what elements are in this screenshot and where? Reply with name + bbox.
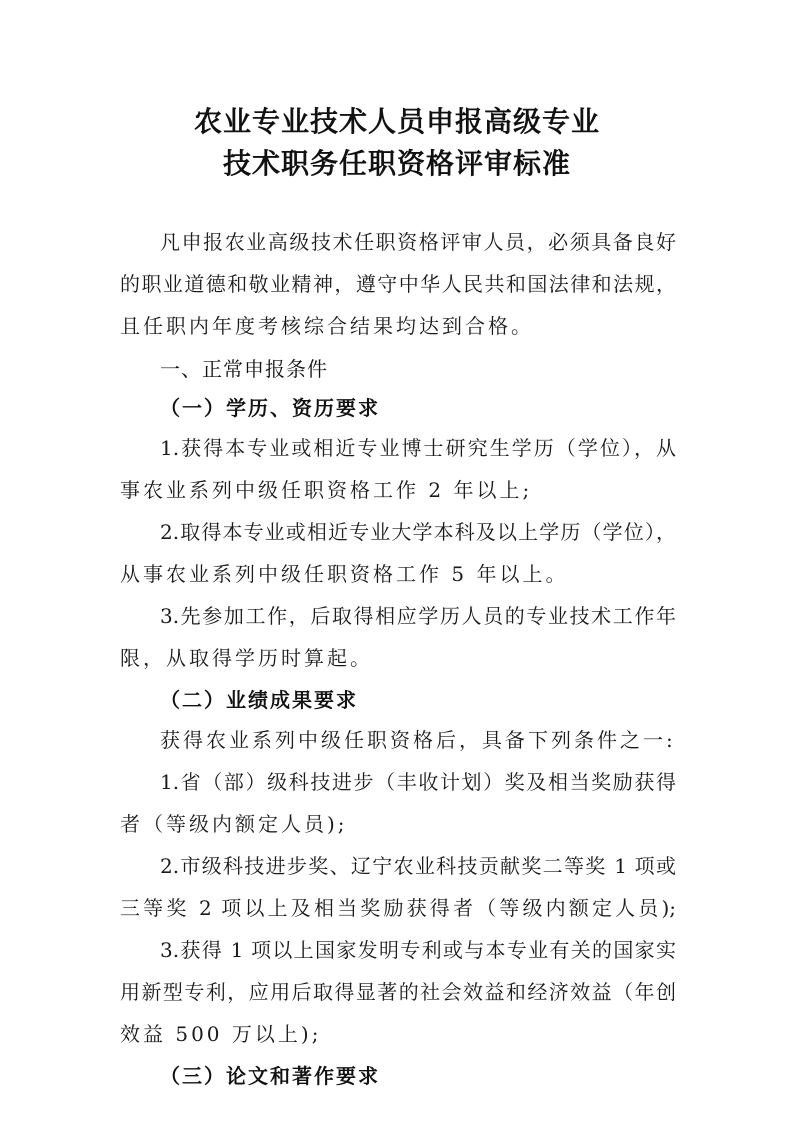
achievements-item-1-line-2: 者（等级内额定人员); [120,808,676,837]
achievements-lead: 获得农业系列中级任职资格后，具备下列条件之一: [160,724,676,753]
education-item-1-line-2: 事农业系列中级任职资格工作 2 年以上; [120,474,676,503]
achievements-item-2-line-1: 2.市级科技进步奖、辽宁农业科技贡献奖二等奖 1 项或 [160,850,676,879]
achievements-item-1-line-1: 1.省（部）级科技进步（丰收计划）奖及相当奖励获得 [160,766,676,795]
education-item-1-line-1: 1.获得本专业或相近专业博士研究生学历（学位），从 [160,432,676,461]
achievements-item-2-line-2: 三等奖 2 项以上及相当奖励获得者（等级内额定人员); [120,892,676,921]
education-item-2-line-1: 2.取得本专业或相近专业大学本科及以上学历（学位）， [160,516,676,545]
intro-paragraph-line-3: 且任职内年度考核综合结果均达到合格。 [120,310,676,339]
document-title-line-2: 技术职务任职资格评审标准 [0,142,794,182]
achievements-item-3-line-3: 效益 500 万以上); [120,1018,676,1047]
document-title-line-1: 农业专业技术人员申报高级专业 [0,100,794,140]
intro-paragraph-line-2: 的职业道德和敬业精神，遵守中华人民共和国法律和法规， [120,268,676,297]
document-page: 农业专业技术人员申报高级专业 技术职务任职资格评审标准 凡申报农业高级技术任职资… [0,0,794,1123]
subsection-heading-achievements: （二）业绩成果要求 [160,684,358,713]
subsection-heading-papers: （三）论文和著作要求 [160,1060,380,1089]
section-heading-normal-conditions: 一、正常申报条件 [160,353,328,382]
education-item-3-line-2: 限，从取得学历时算起。 [120,642,676,671]
achievements-item-3-line-1: 3.获得 1 项以上国家发明专利或与本专业有关的国家实 [160,934,676,963]
intro-paragraph-line-1: 凡申报农业高级技术任职资格评审人员，必须具备良好 [160,226,676,255]
education-item-3-line-1: 3.先参加工作，后取得相应学历人员的专业技术工作年 [160,600,676,629]
achievements-item-3-line-2: 用新型专利，应用后取得显著的社会效益和经济效益（年创 [120,976,676,1005]
education-item-2-line-2: 从事农业系列中级任职资格工作 5 年以上。 [120,558,676,587]
subsection-heading-education: （一）学历、资历要求 [160,392,380,421]
